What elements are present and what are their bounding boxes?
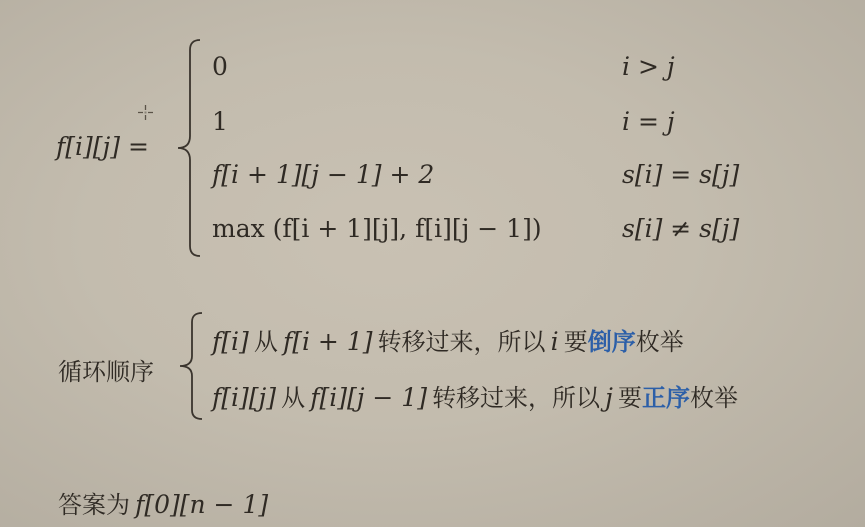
case-expr-1: 1 [212,107,228,136]
crosshair-cursor-icon [137,104,154,121]
case-cond-1: i = j [622,107,675,136]
case-expr-0: 0 [212,52,228,81]
loop-order-label: 循环顺序 [58,352,154,387]
case-expr-2: f[i + 1][j − 1] + 2 [212,160,434,189]
highlight-reverse-order: 倒序 [588,328,636,356]
case-cond-2: s[i] = s[j] [622,160,739,189]
recurrence-brace [170,36,210,260]
loop-order-line-0: f[i] 从 f[i + 1] 转移过来，所以 i 要倒序枚举 [212,322,684,357]
case-expr-3: max (f[i + 1][j], f[i][j − 1]) [212,214,542,243]
recurrence-lhs: f[i][j] = [56,132,149,161]
case-cond-0: i > j [622,52,675,81]
loop-order-line-1: f[i][j] 从 f[i][j − 1] 转移过来，所以 j 要正序枚举 [212,378,738,413]
answer-line: 答案为 f[0][n − 1] [58,485,268,520]
loop-order-brace [170,310,210,422]
case-cond-3: s[i] ≠ s[j] [622,214,739,243]
highlight-forward-order: 正序 [642,384,690,412]
